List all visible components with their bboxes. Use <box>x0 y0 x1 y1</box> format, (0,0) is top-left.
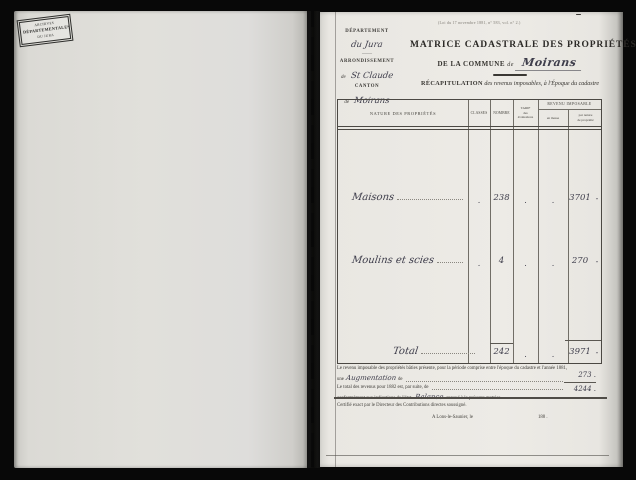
footer-line2-prefix: une <box>337 376 344 384</box>
nature-cell: Moulins et scies <box>352 255 466 266</box>
col-header-par-nature: par nature de propriété <box>568 109 603 126</box>
year-blank: 188 . <box>538 415 548 420</box>
gutter-ink-streak <box>311 11 314 468</box>
table-row-total: Total 242 . . 3971 - <box>338 346 601 362</box>
total-revenu-dash: - <box>593 348 601 357</box>
col-header-classes: CLASSES <box>468 100 490 126</box>
scanned-book-spread: ARCHIVES DÉPARTEMENTALES DU JURA (Loi du… <box>0 0 636 480</box>
admin-header: DÉPARTEMENT du Jura —— ARRONDISSEMENT de… <box>328 28 406 108</box>
nature-cell: Maisons <box>352 192 466 203</box>
commune-value-handwritten: Moirans <box>515 56 583 71</box>
total-revenu-cell: 3971 <box>567 347 593 357</box>
nature-value-handwritten: Maisons <box>351 192 395 203</box>
footer-line3: Le total des revenus pour 1882 est, par … <box>337 384 600 392</box>
classes-cell: . <box>468 259 490 268</box>
arrondissement-prefix: de <box>341 75 346 80</box>
column-divider <box>490 100 491 363</box>
dotted-leader <box>421 352 475 354</box>
matrice-cadastrale-page: (Loi du 17 novembre 1881, n° 583, vol. n… <box>320 12 623 467</box>
column-divider <box>538 100 539 363</box>
recapitulation-line: RÉCAPITULATION des revenus imposables, à… <box>410 80 610 87</box>
table-row-maisons: Maisons . 238 . . 3701 - <box>338 192 601 208</box>
departement-value-handwritten: du Jura <box>350 40 383 50</box>
nombre-cell: 4 <box>490 256 513 266</box>
augmentation-amount-handwritten: 273 . <box>564 370 596 383</box>
arrondissement-label: ARRONDISSEMENT <box>328 59 406 64</box>
certification-line: Certifié exact par le Directeur des Cont… <box>337 403 467 408</box>
footer-line2-de: de <box>398 376 403 384</box>
tarif-cell: . <box>513 259 538 268</box>
footer-amounts: 273 . 4244 . <box>564 370 596 395</box>
dotted-leader <box>432 388 563 390</box>
footer-line1: Le revenu imposable des propriétés bâtie… <box>337 365 600 373</box>
column-divider <box>568 109 569 363</box>
separator-dash: —— <box>328 52 406 58</box>
commune-line: DE LA COMMUNE de Moirans <box>410 56 610 71</box>
classes-cell: . <box>468 196 490 205</box>
total-label-cell: Total <box>393 346 478 357</box>
total-masse-cell: . <box>538 350 568 359</box>
total-rule <box>565 340 601 341</box>
col-header-par-nature-line: de propriété <box>577 118 593 123</box>
archive-stamp: ARCHIVES DÉPARTEMENTALES DU JURA <box>19 16 71 45</box>
arrondissement-row: de St Claude <box>328 65 406 83</box>
revenu-dash: - <box>593 257 601 266</box>
departement-label: DÉPARTEMENT <box>328 29 406 34</box>
commune-label: DE LA COMMUNE <box>437 60 505 68</box>
place-date-line: A Lons-le-Saunier, le <box>432 415 473 420</box>
total-rule <box>490 343 513 344</box>
revenu-cell: 270 <box>567 256 593 266</box>
footer-line2: une Augmentation de <box>337 373 600 384</box>
commune-de: de <box>507 62 514 68</box>
col-header-nature: NATURE DES PROPRIÉTÉS <box>338 100 468 126</box>
legal-reference-note: (Loi du 17 novembre 1881, n° 583, vol. n… <box>438 20 568 25</box>
dotted-leader <box>437 261 463 263</box>
dotted-leader <box>406 380 563 382</box>
total-tarif-cell: . <box>513 350 538 359</box>
revenu-dash: - <box>593 194 601 203</box>
recapitulation-table: REVENU IMPOSABLE NATURE DES PROPRIÉTÉS C… <box>337 99 602 364</box>
col-header-tarif-line: évaluations <box>518 115 533 120</box>
dotted-leader <box>397 198 463 200</box>
recap-label: RÉCAPITULATION <box>421 80 483 87</box>
col-header-nombre: NOMBRE <box>490 100 513 126</box>
footer-line3-text: Le total des revenus pour 1882 est, par … <box>337 384 429 392</box>
col-header-en-masse: en masse <box>538 109 568 126</box>
revenu-cell: 3701 <box>567 193 593 203</box>
header-double-rule <box>338 126 601 130</box>
total-nombre-cell: 242 <box>490 347 513 357</box>
column-divider <box>513 100 514 363</box>
total-label-handwritten: Total <box>392 346 419 357</box>
decorative-rule <box>493 74 527 76</box>
page-title: MATRICE CADASTRALE DES PROPRIÉTÉS BATIES <box>410 40 610 50</box>
col-header-tarif: TARIF des évaluations <box>513 100 538 126</box>
left-blank-page: ARCHIVES DÉPARTEMENTALES DU JURA <box>14 11 307 468</box>
canton-label: CANTON <box>328 84 406 89</box>
arrondissement-value-handwritten: St Claude <box>350 71 394 81</box>
title-block: MATRICE CADASTRALE DES PROPRIÉTÉS BATIES… <box>410 40 610 87</box>
tarif-cell: . <box>513 196 538 205</box>
masse-cell: . <box>538 259 568 268</box>
nature-value-handwritten: Moulins et scies <box>351 255 434 266</box>
total-1882-amount-handwritten: 4244 . <box>564 383 596 395</box>
section-rule <box>334 397 607 399</box>
augmentation-handwritten: Augmentation <box>345 373 397 384</box>
scan-artifact <box>576 14 581 15</box>
recap-text: des revenus imposables, à l'Époque du ca… <box>484 81 599 87</box>
nombre-cell: 238 <box>490 193 513 203</box>
table-row-moulins: Moulins et scies . 4 . . 270 - <box>338 255 601 271</box>
page-bottom-edge <box>326 455 609 456</box>
column-divider <box>468 100 469 363</box>
masse-cell: . <box>538 196 568 205</box>
